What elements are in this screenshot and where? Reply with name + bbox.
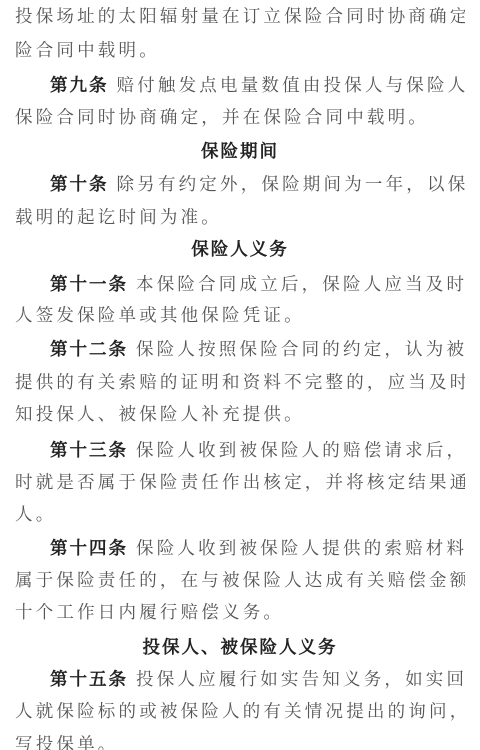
section-heading-policyholder-obligations: 投保人、被保险人义务 — [0, 637, 480, 659]
article-text: 本保险合同成立后，保险人应当及时向投保 — [136, 275, 465, 295]
text-line: 保险合同时协商确定，并在保险合同中载明。 — [15, 107, 465, 129]
article-14: 第十四条保险人收到被保险人提供的索赔材料后，对 — [50, 538, 465, 560]
article-12: 第十二条保险人按照保险合同的约定，认为被保险人 — [50, 339, 465, 361]
article-10: 第十条除另有约定外，保险期间为一年，以保险合同 — [50, 174, 465, 196]
text-line: 投保场址的太阳辐射量在订立保险合同时协商确定，并在保 — [15, 6, 465, 28]
article-text: 除另有约定外，保险期间为一年，以保险合同 — [117, 175, 466, 195]
text-line: 提供的有关索赔的证明和资料不完整的，应当及时一次性通 — [15, 372, 465, 394]
text-line: 人。 — [15, 504, 465, 526]
text-line: 属于保险责任的，在与被保险人达成有关赔偿金额的协议后 — [15, 570, 465, 592]
text-line: 十个工作日内履行赔偿义务。 — [15, 602, 465, 624]
text-line: 知投保人、被保险人补充提供。 — [15, 404, 465, 426]
section-heading-insurer-obligations: 保险人义务 — [0, 239, 480, 261]
article-text: 保险人收到被保险人提供的索赔材料后，对 — [136, 539, 465, 559]
text-line: 人签发保险单或其他保险凭证。 — [15, 305, 465, 327]
text-line: 人就保险标的或被保险人的有关情况提出的询问，并如实填 — [15, 701, 465, 723]
text-line: 载明的起讫时间为准。 — [15, 207, 465, 229]
article-label: 第十三条 — [50, 441, 128, 461]
article-text: 赔付触发点电量数值由投保人与保险人在订立 — [117, 76, 466, 96]
document-page: 投保场址的太阳辐射量在订立保险合同时协商确定，并在保 险合同中载明。 第九条赔付… — [0, 0, 480, 750]
article-text: 保险人按照保险合同的约定，认为被保险人 — [136, 340, 465, 360]
article-label: 第九条 — [50, 76, 109, 96]
article-text: 保险人收到被保险人的赔偿请求后，应当及 — [136, 441, 465, 461]
text-line: 时就是否属于保险责任作出核定，并将核定结果通知被保险 — [15, 472, 465, 494]
article-label: 第十条 — [50, 175, 109, 195]
article-13: 第十三条保险人收到被保险人的赔偿请求后，应当及 — [50, 440, 465, 462]
article-label: 第十二条 — [50, 340, 128, 360]
article-label: 第十五条 — [50, 670, 128, 690]
article-9: 第九条赔付触发点电量数值由投保人与保险人在订立 — [50, 75, 465, 97]
text-line: 险合同中载明。 — [15, 40, 465, 62]
section-heading-insurance-period: 保险期间 — [0, 141, 480, 163]
article-label: 第十四条 — [50, 539, 128, 559]
article-text: 投保人应履行如实告知义务，如实回答保险 — [136, 670, 465, 690]
article-15: 第十五条投保人应履行如实告知义务，如实回答保险 — [50, 669, 465, 691]
article-label: 第十一条 — [50, 275, 128, 295]
text-line: 写投保单。 — [15, 734, 465, 750]
article-11: 第十一条本保险合同成立后，保险人应当及时向投保 — [50, 274, 465, 296]
